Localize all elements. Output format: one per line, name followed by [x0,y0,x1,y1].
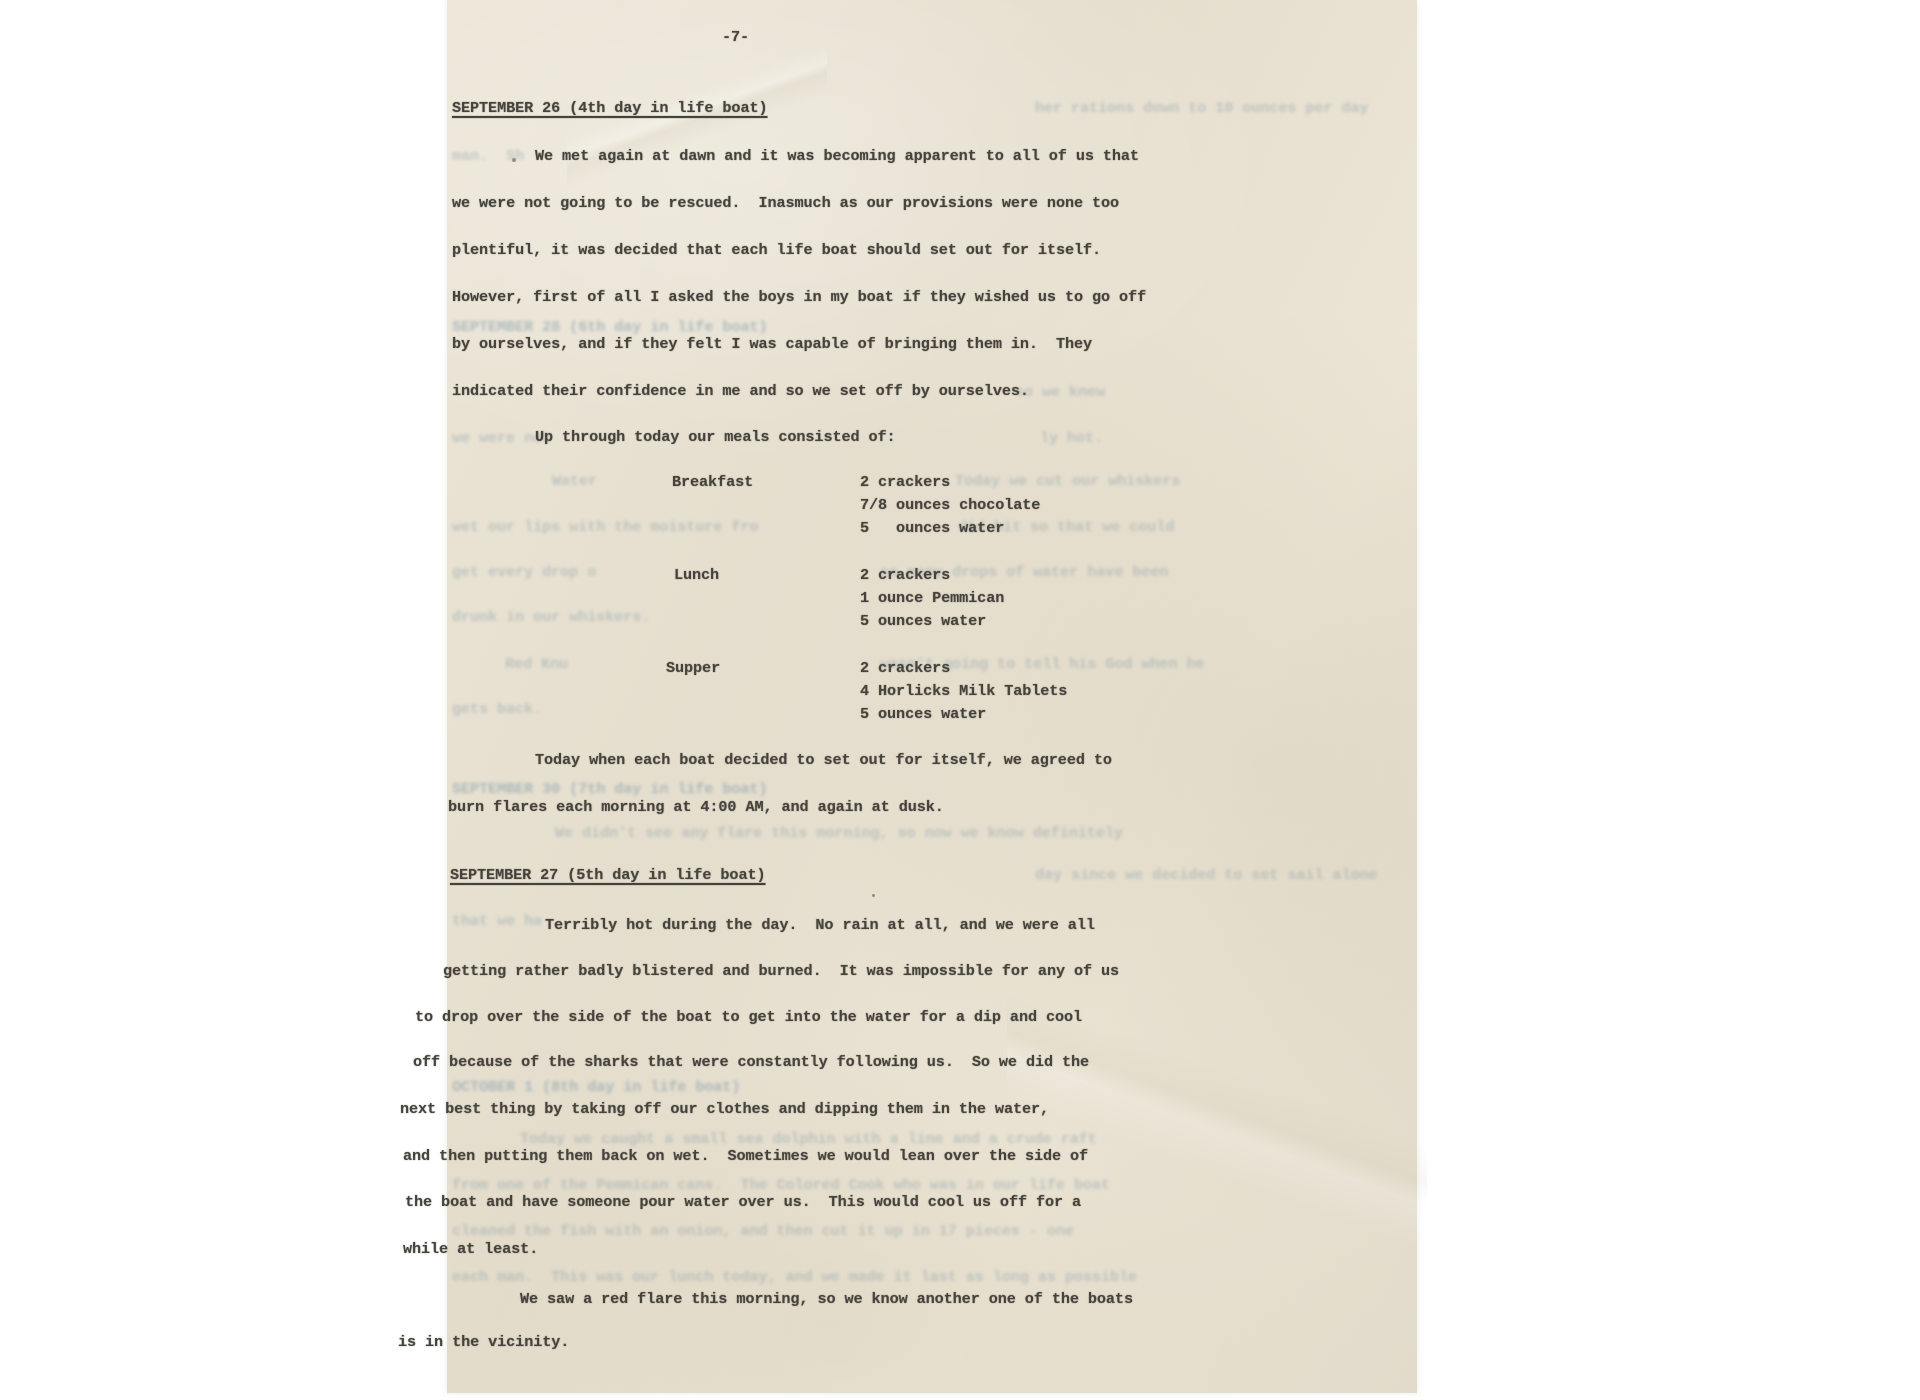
body-line: next best thing by taking off our clothe… [400,1100,1049,1118]
meal-label-breakfast: Breakfast [672,473,753,491]
body-line: We met again at dawn and it was becoming… [535,147,1139,165]
bleed-through-line: that we ha [452,912,542,930]
body-line: we were not going to be rescued. Inasmuc… [452,194,1119,212]
body-line: indicated their confidence in me and so … [452,382,1029,400]
body-line: while at least. [403,1240,538,1258]
body-line: burn flares each morning at 4:00 AM, and… [448,798,944,816]
body-line: plentiful, it was decided that each life… [452,241,1101,259]
ink-speck [872,894,875,897]
bleed-through-line: gets back. [452,700,542,718]
entry-heading-september-26: SEPTEMBER 26 (4th day in life boat) [452,99,772,117]
body-line: by ourselves, and if they felt I was cap… [452,335,1092,353]
meal-item: 4 Horlicks Milk Tablets [860,682,1067,700]
body-line: and then putting them back on wet. Somet… [403,1147,1088,1165]
bleed-through-line: from one of the Pemmican cans. The Color… [452,1176,1110,1194]
bleed-through-line: Today we cut our whiskers [955,472,1180,490]
bleed-through-line: We didn't see any flare this morning, so… [555,824,1123,842]
body-line: the boat and have someone pour water ove… [405,1193,1081,1211]
bleed-through-line: Water [552,472,597,490]
body-line: to drop over the side of the boat to get… [415,1008,1082,1026]
body-line: However, first of all I asked the boys i… [452,288,1146,306]
meal-item: 2 crackers [860,566,950,584]
body-line: Terribly hot during the day. No rain at … [545,916,1095,934]
bleed-through-line: Today we caught a small sea dolphin with… [520,1130,1097,1148]
meal-item: 5 ounces water [860,612,986,630]
entry-heading-september-27: SEPTEMBER 27 (5th day in life boat) [450,866,770,884]
body-line: getting rather badly blistered and burne… [443,962,1119,980]
bleed-through-line: man. Sh [452,147,524,165]
page-number: -7- [722,28,749,46]
bleed-through-line: cleaned the fish with an onion, and then… [452,1222,1074,1240]
meals-intro-line: Up through today our meals consisted of: [535,428,896,446]
meal-label-supper: Supper [666,659,720,677]
meal-item: 2 crackers [860,473,950,491]
bleed-through-line: drunk in our whiskers. [452,608,650,626]
bleed-through-line: each man. This was our lunch today, and … [452,1268,1137,1286]
bleed-through-line: OCTOBER 1 (8th day in life boat) [452,1078,740,1096]
bleed-through-line: get every drop o [452,563,596,581]
body-line: Today when each boat decided to set out … [535,751,1112,769]
bleed-through-line: ly hot. [1040,429,1103,447]
bleed-through-line: SEPTEMBER 28 (6th day in life boat) [452,318,768,336]
body-line: is in the vicinity. [398,1333,569,1351]
body-line: off because of the sharks that were cons… [413,1053,1089,1071]
bleed-through-line: day since we decided to set sail alone [1035,866,1378,884]
scanned-page: her rations down to 10 ounces per dayman… [447,0,1417,1393]
meal-item: 5 ounces water [860,705,986,723]
meal-label-lunch: Lunch [674,566,719,584]
scan-canvas: her rations down to 10 ounces per dayman… [0,0,1920,1400]
bleed-through-line: her rations down to 10 ounces per day [1035,99,1369,117]
bleed-through-line: wet our lips with the moisture fro [452,518,758,536]
meal-item: 7/8 ounces chocolate [860,496,1040,514]
bleed-through-line: Red Knu [505,655,568,673]
meal-item: 5 ounces water [860,519,1004,537]
meal-item: 1 ounce Pemmican [860,589,1004,607]
body-line: We saw a red flare this morning, so we k… [520,1290,1133,1308]
bleed-through-line: SEPTEMBER 30 (7th day in life boat) [452,780,768,798]
meal-item: 2 crackers [860,659,950,677]
